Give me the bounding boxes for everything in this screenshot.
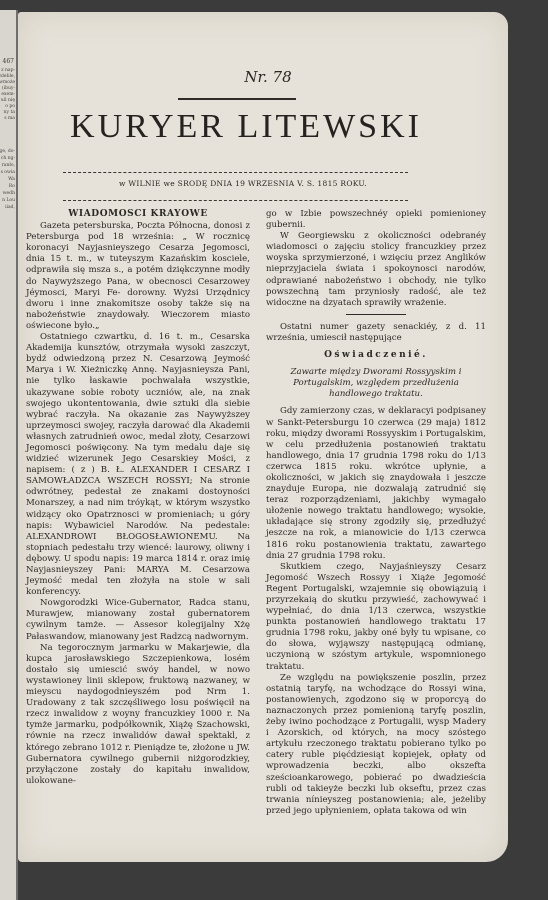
- adjacent-page-fragment: iiad,: [5, 205, 15, 210]
- adjacent-page-fragment: o po: [5, 104, 15, 109]
- adjacent-page-fragment: wedh: [3, 191, 15, 196]
- adjacent-page-fragment: uil nię: [1, 98, 15, 103]
- adjacent-page-fragment: o exem-: [0, 92, 15, 97]
- adjacent-page-fragment: n Lou: [2, 198, 15, 203]
- dateline: w WILNIE we SRODĘ DNIA 19 WRZESNIA V. S.…: [18, 179, 468, 188]
- article-paragraph: Ostatniego czwartku, d. 16 t. m., Cesars…: [26, 332, 250, 598]
- section-heading-domestic-news: WIADOMOSCI KRAYOWE: [26, 209, 250, 220]
- newspaper-page: Nr. 78 KURYER LITEWSKI w WILNIE we SRODĘ…: [18, 12, 508, 862]
- masthead-rule: [178, 98, 296, 100]
- article-paragraph: Nowgorodzki Wice-Gubernator, Radca stanu…: [26, 598, 250, 642]
- article-paragraph: W Georgiewsku z okoliczności odebranéy w…: [266, 231, 486, 309]
- adjacent-page-fragment: ny ta: [4, 110, 15, 115]
- article-paragraph: Gdy zamierzony czas, w deklaracyi podpis…: [266, 406, 486, 561]
- adjacent-page-fragment: Wa: [8, 177, 15, 182]
- declaration-heading: Oświadczenié.: [266, 350, 486, 361]
- dateline-rule-bottom: [63, 200, 408, 201]
- dateline-rule-top: [63, 172, 408, 173]
- article-paragraph: Gazeta petersburska, Poczta Północna, do…: [26, 221, 250, 332]
- article-paragraph: Ze względu na powiększenie poszlin, prze…: [266, 673, 486, 817]
- adjacent-page-fragment: (ibuy-: [2, 86, 15, 91]
- article-paragraph: Na tegorocznym jarmarku w Makarjewie, dl…: [26, 643, 250, 787]
- senate-gazette-notice: Ostatni numer gazety senackiéy, z d. 11 …: [266, 322, 486, 344]
- adjacent-page-fragment: s owia: [1, 170, 15, 175]
- article-paragraph: go w Izbie powszechnéy opieki pomienione…: [266, 209, 486, 231]
- left-column: WIADOMOSCI KRAYOWE Gazeta petersburska, …: [26, 209, 250, 787]
- right-column: go w Izbie powszechnéy opieki pomienione…: [266, 209, 486, 817]
- declaration-subtitle: Zawarte między Dworami Rossyyskim i Port…: [274, 367, 478, 400]
- adjacent-page-fragment: ge, do-: [0, 149, 15, 154]
- adjacent-page-fragment: wmoże: [0, 80, 15, 85]
- section-divider: [346, 314, 406, 315]
- masthead-title: KURYER LITEWSKI: [26, 108, 466, 146]
- issue-number: Nr. 78: [18, 68, 508, 86]
- adjacent-page-fragment: ranło,: [2, 163, 15, 168]
- adjacent-page-fragment: Ro: [9, 184, 15, 189]
- adjacent-page-fragment: zdeble,: [0, 74, 15, 79]
- adjacent-page-fragment: s ma: [4, 116, 15, 121]
- adjacent-page-fragment: z nap-: [1, 68, 15, 73]
- article-paragraph: Skutkiem czego, Nayjaśnieyszy Cesarz Jeg…: [266, 562, 486, 673]
- adjacent-page-edge: 467 z nap-zdeble,wmoże(ibuy-o exem-uil n…: [0, 10, 18, 900]
- adjacent-page-fragment: ch ng-: [1, 156, 15, 161]
- adjacent-page-number: 467: [3, 58, 14, 65]
